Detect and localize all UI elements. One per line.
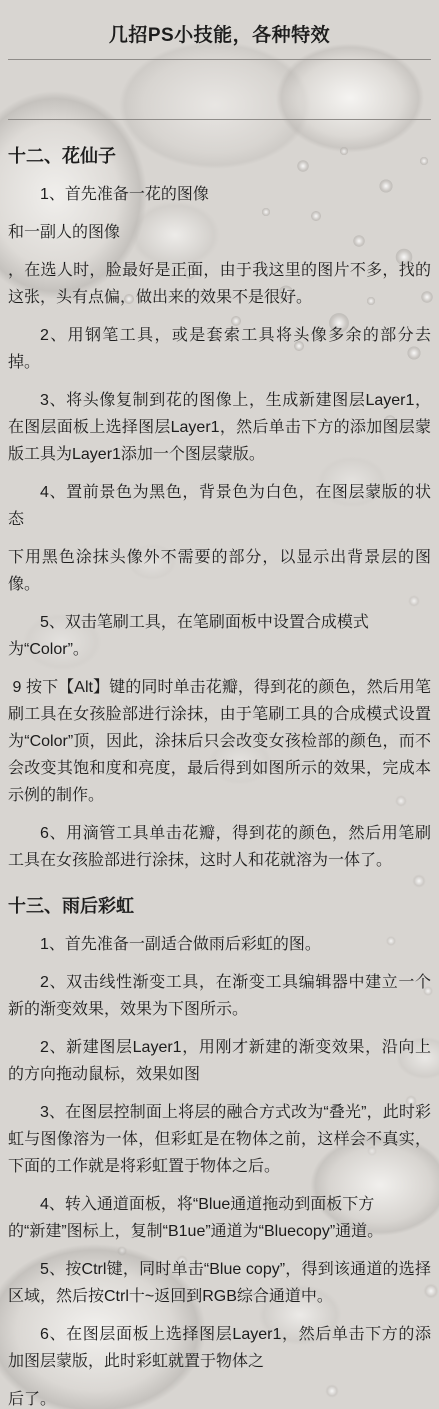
- paragraph: 下用黑色涂抹头像外不需要的部分，以显示出背景层的图像。: [8, 544, 431, 598]
- paragraph: 1、首先准备一副适合做雨后彩虹的图。: [8, 931, 431, 958]
- divider-second: [8, 119, 431, 120]
- paragraph: 3、将头像复制到花的图像上，生成新建图层Layer1，在图层面板上选择图层Lay…: [8, 387, 431, 468]
- section-heading: 十二、花仙子: [8, 142, 431, 168]
- divider-top: [8, 59, 431, 60]
- article-body: 十二、花仙子1、首先准备一花的图像和一副人的图像，在选人时，脸最好是正面，由于我…: [8, 142, 431, 1409]
- article-page: 几招PS小技能，各种特效 十二、花仙子1、首先准备一花的图像和一副人的图像，在选…: [0, 20, 439, 1409]
- paragraph: 和一副人的图像: [8, 219, 431, 246]
- paragraph: 2、双击线性渐变工具，在渐变工具编辑器中建立一个新的渐变效果，效果为下图所示。: [8, 969, 431, 1023]
- paragraph: 9 按下【Alt】键的同时单击花瓣，得到花的颜色，然后用笔刷工具在女孩脸部进行涂…: [8, 674, 431, 809]
- paragraph: 1、首先准备一花的图像: [8, 181, 431, 208]
- paragraph: 2、新建图层Layer1，用刚才新建的渐变效果，沿向上的方向拖动鼠标，效果如图: [8, 1034, 431, 1088]
- paragraph: 4、转入通道面板，将“Blue通道拖动到面板下方 的“新建”图标上，复制“B1u…: [8, 1191, 431, 1245]
- paragraph: 6、在图层面板上选择图层Layer1，然后单击下方的添加图层蒙版，此时彩虹就置于…: [8, 1321, 431, 1375]
- paragraph: 5、按Ctrl键，同时单击“Blue copy”，得到该通道的选择区域，然后按C…: [8, 1256, 431, 1310]
- paragraph: 后了。: [8, 1386, 431, 1409]
- paragraph: 3、在图层控制面上将层的融合方式改为“叠光”，此时彩虹与图像溶为一体，但彩虹是在…: [8, 1099, 431, 1180]
- section-heading: 十三、雨后彩虹: [8, 892, 431, 918]
- paragraph: 4、置前景色为黑色，背景色为白色，在图层蒙版的状态: [8, 479, 431, 533]
- paragraph: 2、用钢笔工具，或是套索工具将头像多余的部分去掉。: [8, 322, 431, 376]
- paragraph: ，在选人时，脸最好是正面，由于我这里的图片不多，找的这张，头有点偏，做出来的效果…: [8, 257, 431, 311]
- paragraph: 6、用滴管工具单击花瓣，得到花的颜色，然后用笔刷工具在女孩脸部进行涂抹，这时人和…: [8, 820, 431, 874]
- page-title: 几招PS小技能，各种特效: [8, 20, 431, 47]
- paragraph: 5、双击笔刷工具，在笔刷面板中设置合成模式 为“Color”。: [8, 609, 431, 663]
